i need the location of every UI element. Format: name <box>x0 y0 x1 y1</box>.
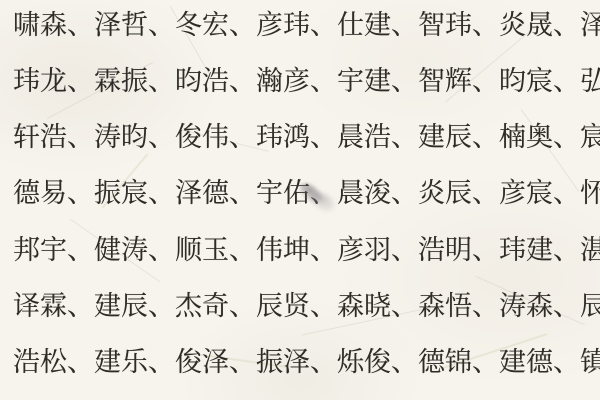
name-item: 湛盛、 <box>580 236 600 266</box>
name-item: 烁俊、 <box>337 348 418 378</box>
name-item: 建辰、 <box>94 292 175 322</box>
name-item: 啸森、 <box>13 11 94 41</box>
name-item: 伟坤、 <box>256 236 337 266</box>
name-item: 森悟、 <box>418 292 499 322</box>
name-item: 俊伟、 <box>175 123 256 153</box>
name-item: 镇翰、 <box>580 348 600 378</box>
name-item: 宇建、 <box>337 67 418 97</box>
name-row: 浩松、建乐、俊泽、振泽、烁俊、德锦、建德、镇翰、 <box>13 348 587 378</box>
name-item: 德易、 <box>13 179 94 209</box>
name-row: 啸森、泽哲、冬宏、彦玮、仕建、智玮、炎晟、泽浩、 <box>13 11 587 41</box>
name-item: 彦羽、 <box>337 236 418 266</box>
name-item: 晨浚、 <box>337 179 418 209</box>
name-item: 顺玉、 <box>175 236 256 266</box>
name-item: 辰绍、 <box>580 292 600 322</box>
name-item: 辰贤、 <box>256 292 337 322</box>
name-item: 昀浩、 <box>175 67 256 97</box>
name-item: 俊泽、 <box>175 348 256 378</box>
name-item: 杰奇、 <box>175 292 256 322</box>
name-item: 怀晗、 <box>580 179 600 209</box>
name-item: 德锦、 <box>418 348 499 378</box>
name-item: 晨浩、 <box>337 123 418 153</box>
name-item: 建德、 <box>499 348 580 378</box>
name-item: 泽德、 <box>175 179 256 209</box>
name-item: 彦宸、 <box>499 179 580 209</box>
name-item: 弘建、 <box>580 67 600 97</box>
name-item: 浩明、 <box>418 236 499 266</box>
name-item: 森晓、 <box>337 292 418 322</box>
name-row: 译霖、建辰、杰奇、辰贤、森晓、森悟、涛森、辰绍、 <box>13 292 587 322</box>
paper-page: 啸森、泽哲、冬宏、彦玮、仕建、智玮、炎晟、泽浩、玮龙、霖振、昀浩、瀚彦、宇建、智… <box>0 0 600 400</box>
name-item: 仕建、 <box>337 11 418 41</box>
name-item: 振宸、 <box>94 179 175 209</box>
name-item: 建辰、 <box>418 123 499 153</box>
name-item: 泽哲、 <box>94 11 175 41</box>
name-item: 振泽、 <box>256 348 337 378</box>
name-item: 宇佑、 <box>256 179 337 209</box>
name-row: 玮龙、霖振、昀浩、瀚彦、宇建、智辉、昀宸、弘建、 <box>13 67 587 97</box>
name-item: 智辉、 <box>418 67 499 97</box>
name-item: 轩浩、 <box>13 123 94 153</box>
name-item: 智玮、 <box>418 11 499 41</box>
name-item: 译霖、 <box>13 292 94 322</box>
name-row: 邦宇、健涛、顺玉、伟坤、彦羽、浩明、玮建、湛盛、 <box>13 236 587 266</box>
name-list: 啸森、泽哲、冬宏、彦玮、仕建、智玮、炎晟、泽浩、玮龙、霖振、昀浩、瀚彦、宇建、智… <box>0 0 600 400</box>
name-item: 邦宇、 <box>13 236 94 266</box>
name-item: 浩松、 <box>13 348 94 378</box>
name-item: 玮龙、 <box>13 67 94 97</box>
name-item: 涛昀、 <box>94 123 175 153</box>
name-item: 炎晟、 <box>499 11 580 41</box>
name-item: 建乐、 <box>94 348 175 378</box>
name-item: 彦玮、 <box>256 11 337 41</box>
name-item: 宸瀚、 <box>580 123 600 153</box>
name-item: 玮鸿、 <box>256 123 337 153</box>
name-row: 德易、振宸、泽德、宇佑、晨浚、炎辰、彦宸、怀晗、 <box>13 179 587 209</box>
name-row: 轩浩、涛昀、俊伟、玮鸿、晨浩、建辰、楠奥、宸瀚、 <box>13 123 587 153</box>
name-item: 霖振、 <box>94 67 175 97</box>
name-item: 冬宏、 <box>175 11 256 41</box>
name-item: 涛森、 <box>499 292 580 322</box>
name-item: 楠奥、 <box>499 123 580 153</box>
name-item: 瀚彦、 <box>256 67 337 97</box>
name-item: 昀宸、 <box>499 67 580 97</box>
name-item: 玮建、 <box>499 236 580 266</box>
name-item: 健涛、 <box>94 236 175 266</box>
name-item: 炎辰、 <box>418 179 499 209</box>
name-item: 泽浩、 <box>580 11 600 41</box>
